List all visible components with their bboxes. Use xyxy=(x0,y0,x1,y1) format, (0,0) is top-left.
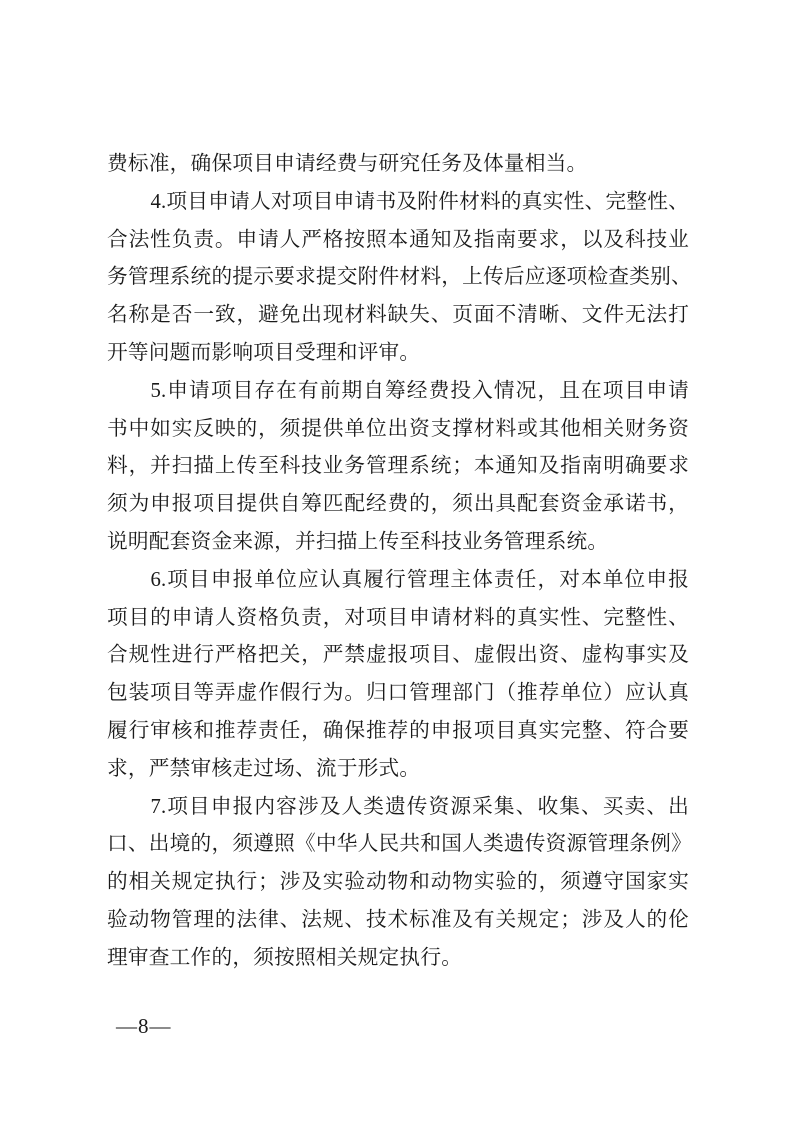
text-line: 书中如实反映的，须提供单位出资支撑材料或其他相关财务资 xyxy=(107,411,689,449)
text-line: 项目的申请人资格负责，对项目申请材料的真实性、完整性、 xyxy=(107,600,689,638)
text-line: 料，并扫描上传至科技业务管理系统；本通知及指南明确要求 xyxy=(107,448,689,486)
text-line: 7.项目申报内容涉及人类遗传资源采集、收集、买卖、出 xyxy=(107,789,689,827)
text-line: 费标准，确保项目申请经费与研究任务及体量相当。 xyxy=(107,146,689,184)
text-line: 口、出境的，须遵照《中华人民共和国人类遗传资源管理条例》 xyxy=(107,826,689,864)
text-line: 名称是否一致，避免出现材料缺失、页面不清晰、文件无法打 xyxy=(107,297,689,335)
text-line: 开等问题而影响项目受理和评审。 xyxy=(107,335,689,373)
text-line: 务管理系统的提示要求提交附件材料，上传后应逐项检查类别、 xyxy=(107,259,689,297)
text-line: 理审查工作的，须按照相关规定执行。 xyxy=(107,940,689,978)
text-line: 包装项目等弄虚作假行为。归口管理部门（推荐单位）应认真 xyxy=(107,675,689,713)
text-line: 履行审核和推荐责任，确保推荐的申报项目真实完整、符合要 xyxy=(107,713,689,751)
document-page: 费标准，确保项目申请经费与研究任务及体量相当。4.项目申请人对项目申请书及附件材… xyxy=(0,0,793,1122)
page-number: —8— xyxy=(116,1012,172,1040)
text-line: 验动物管理的法律、法规、技术标准及有关规定；涉及人的伦 xyxy=(107,902,689,940)
text-line: 须为申报项目提供自筹匹配经费的，须出具配套资金承诺书， xyxy=(107,486,689,524)
text-line: 6.项目申报单位应认真履行管理主体责任，对本单位申报 xyxy=(107,562,689,600)
text-line: 合规性进行严格把关，严禁虚报项目、虚假出资、虚构事实及 xyxy=(107,637,689,675)
text-line: 说明配套资金来源，并扫描上传至科技业务管理系统。 xyxy=(107,524,689,562)
text-line: 5.申请项目存在有前期自筹经费投入情况，且在项目申请 xyxy=(107,373,689,411)
text-line: 的相关规定执行；涉及实验动物和动物实验的，须遵守国家实 xyxy=(107,864,689,902)
text-line: 求，严禁审核走过场、流于形式。 xyxy=(107,751,689,789)
text-line: 4.项目申请人对项目申请书及附件材料的真实性、完整性、 xyxy=(107,184,689,222)
text-line: 合法性负责。申请人严格按照本通知及指南要求，以及科技业 xyxy=(107,222,689,260)
document-body: 费标准，确保项目申请经费与研究任务及体量相当。4.项目申请人对项目申请书及附件材… xyxy=(107,146,689,978)
